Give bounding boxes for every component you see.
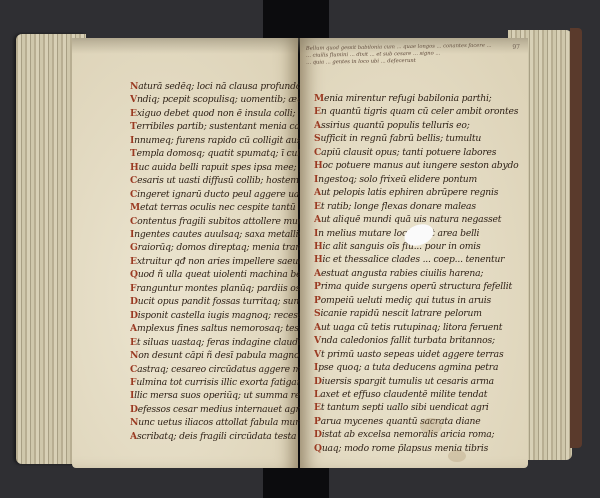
verse-line: En quantū tigris quam cū celer ambit oro… — [314, 105, 520, 118]
verse-text: t tantum septi uallo sibi uendicat agri — [321, 402, 489, 413]
rubricated-initial: V — [130, 94, 137, 105]
right-page-text: Menia mirentur refugi babilonia parthi;E… — [314, 92, 520, 455]
verse-line: Et tantum septi uallo sibi uendicat agri — [314, 401, 520, 414]
open-manuscript: Naturā sedēq; loci nā clausa profundoVnd… — [12, 24, 582, 476]
rubricated-initial: Q — [130, 269, 138, 280]
verse-text: ulmina tot currisis illic exorta fatigan… — [136, 377, 305, 388]
rubricated-initial: E — [130, 256, 137, 267]
verse-text: enia mirentur refugi babilonia parthi; — [324, 93, 492, 104]
left-page: Naturā sedēq; loci nā clausa profundoVnd… — [72, 38, 298, 468]
verse-text: t ratib; longe flexas donare maleas — [321, 201, 476, 212]
rubricated-initial: D — [314, 429, 322, 440]
verse-text: ssirius quantū populis telluris eo; — [321, 120, 470, 131]
verse-text: t primū uasto sepeas uidet aggere terras — [321, 349, 504, 360]
verse-text: unc uetus iliacos attollat fabula muros — [138, 417, 309, 428]
verse-text: ndiq; pcepit scopulisq; uomentib; æquor — [137, 94, 318, 105]
verse-text: ufficit in regnū fabrū bellis; tumultu — [320, 133, 481, 144]
verse-line: Sufficit in regnū fabrū bellis; tumultu — [314, 132, 520, 145]
rubricated-initial: E — [314, 106, 321, 117]
verse-line: Quaq; modo rome p̄lapsus menia tibris — [314, 442, 520, 455]
verse-line: Menia mirentur refugi babilonia parthi; — [314, 92, 520, 105]
rubricated-initial: N — [130, 81, 138, 92]
verse-line: Aut uaga cū tetis rutupinaq; litora feru… — [314, 321, 520, 334]
rubricated-initial: D — [130, 310, 138, 321]
verse-text: on desunt cāpi ñ desī pabula magno — [138, 350, 299, 361]
verse-line: Et ratib; longe flexas donare maleas — [314, 200, 520, 213]
rubricated-initial: P — [314, 281, 321, 292]
verse-text: apiū clausit opus; tanti potuere labores — [321, 147, 496, 158]
rubricated-initial: A — [314, 268, 321, 279]
rubricated-initial: G — [130, 242, 138, 253]
verse-line: Ipse quoq; a tuta deducens agmina petra — [314, 361, 520, 374]
rubricated-initial: E — [130, 108, 137, 119]
rubricated-initial: M — [314, 93, 324, 104]
verse-line: Vnda caledonios fallit turbata britannos… — [314, 334, 520, 347]
verse-text: ut aliquē mundi quā uis natura negasset — [321, 214, 501, 225]
verse-text: ranguntur montes planūq; pardiis ose — [136, 283, 305, 294]
verse-text: ingeret ignarū ducto peul aggere uallo — [137, 189, 310, 200]
verse-text: n quantū tigris quam cū celer ambit oron… — [321, 106, 518, 117]
verse-text: ic et thessalice clades ... coep... tene… — [322, 254, 504, 265]
rubricated-initial: A — [130, 323, 137, 334]
rubricated-initial: P — [314, 295, 321, 306]
verse-text: pse quoq; a tuta deducens agmina petra — [318, 362, 498, 373]
verse-text: ut pelopis latis ephiren abrūpere regnis — [321, 187, 498, 198]
rubricated-initial: V — [314, 335, 321, 346]
rubricated-initial: D — [130, 296, 138, 307]
verse-line: Distat ab excelsa nemoralis aricia roma; — [314, 428, 520, 441]
verse-text: ucit opus pandit fossas turritaq; summis — [138, 296, 318, 307]
rubricated-initial: A — [130, 431, 137, 442]
verse-line: Assirius quantū populis telluris eo; — [314, 119, 520, 132]
verse-text: efessos cesar medius internauet agros — [138, 404, 310, 415]
rubricated-initial: A — [314, 120, 321, 131]
rubricated-initial: V — [314, 349, 321, 360]
rubricated-initial: E — [314, 201, 321, 212]
leather-cover — [570, 28, 582, 448]
rubricated-initial: P — [314, 416, 321, 427]
verse-text: icanie rapidū nescit latrare pelorum — [320, 308, 481, 319]
verse-line: Parua mycenes quantū sacrata diane — [314, 415, 520, 428]
rubricated-initial: Q — [314, 443, 322, 454]
verse-line: Capiū clausit opus; tanti potuere labore… — [314, 146, 520, 159]
verse-line: Laxet et effuso claudentē milite tendat — [314, 388, 520, 401]
verse-text: isponit castella iugis magnoq; recessu — [138, 310, 308, 321]
verse-text: nnumeq; furens rapido cū colligit austro — [134, 135, 314, 146]
verse-text: llic mersa suos operiūq; ut summa receda… — [134, 390, 325, 401]
verse-line: Pompeiū ueluti mediç qui tutus in aruis — [314, 294, 520, 307]
verse-text: xiguo debet quod non ē insula colli; — [137, 108, 296, 119]
rubricated-initial: E — [130, 337, 137, 348]
verse-line: Hic et thessalice clades ... coep... ten… — [314, 253, 520, 266]
stain — [420, 418, 442, 434]
rubricated-initial: A — [314, 322, 321, 333]
verse-text: ngentes cautes auulsaq; saxa metallis — [134, 229, 303, 240]
verse-text: iuersis spargit tumulis ut cesaris arma — [322, 376, 494, 387]
verse-line: Hoc potuere manus aut iungere seston aby… — [314, 159, 520, 172]
verse-text: raiorūq; domos direptaq; menia transfert — [138, 242, 322, 253]
verse-text: uc auida belli rapuit spes ipsa mee; pon… — [138, 162, 322, 173]
rubricated-initial: T — [130, 121, 137, 132]
rubricated-initial: D — [314, 376, 322, 387]
verse-text: oc potuere manus aut iungere seston abyd… — [322, 160, 518, 171]
verse-text: estuat angusta rabies ciuilis harena; — [321, 268, 483, 279]
rubricated-initial: A — [314, 214, 321, 225]
verse-text: mplexus fines saltus nemorosaq; tesqua — [137, 323, 316, 334]
verse-text: erribiles partib; sustentant menia caute… — [137, 121, 319, 132]
verse-text: ompeiū ueluti mediç qui tutus in aruis — [321, 295, 491, 306]
rubricated-initial: T — [130, 148, 137, 159]
rubricated-initial: N — [130, 417, 138, 428]
verse-line: Aut pelopis latis ephiren abrūpere regni… — [314, 186, 520, 199]
verse-text: esaris ut uasti diffusū collib; hostem — [137, 175, 299, 186]
verse-text: etat terras oculis nec cespite tantū — [140, 202, 295, 213]
verse-text: xtruitur qđ non aries impellere saeuus — [137, 256, 309, 267]
verse-line: Vt primū uasto sepeas uidet aggere terra… — [314, 348, 520, 361]
verse-text: ngestoq; solo frixeū elidere pontum — [318, 174, 477, 185]
rubricated-initial: A — [314, 187, 321, 198]
stain — [448, 450, 466, 462]
verse-text: nda caledonios fallit turbata britannos; — [321, 335, 495, 346]
verse-text: t siluas uastaq; feras indagine claudit — [137, 337, 304, 348]
verse-text: aturā sedēq; loci nā clausa profundo — [138, 81, 301, 92]
verse-line: Ingestoq; solo frixeū elidere pontum — [314, 173, 520, 186]
verse-text: n melius mutare locū; coit area belli — [318, 228, 479, 239]
verse-text: ut uaga cū tetis rutupinaq; litora ferue… — [321, 322, 502, 333]
verse-text: axet et effuso claudentē milite tendat — [320, 389, 487, 400]
verse-text: ic alit sanguis oīs flu... pour in omis — [322, 241, 480, 252]
rubricated-initial: D — [130, 404, 138, 415]
rubricated-initial: E — [314, 402, 321, 413]
verse-line: Sicanie rapidū nescit latrare pelorum — [314, 307, 520, 320]
verse-text: rima quide surgens operū structura fefel… — [321, 281, 512, 292]
verse-line: Aestuat angusta rabies ciuilis harena; — [314, 267, 520, 280]
rubricated-initial: N — [130, 350, 138, 361]
verse-text: astraq; cesareo circūdatus aggere mutant — [137, 364, 325, 375]
verse-text: empla domosq; quatit spumatq; ī culmina — [137, 148, 323, 159]
page-top-shadow — [72, 38, 528, 54]
verse-line: Prima quide surgens operū structura fefe… — [314, 280, 520, 293]
verse-line: Diuersis spargit tumulis ut cesaris arma — [314, 375, 520, 388]
right-page: 97 Bellum quod gessit babilonia cum ... … — [300, 38, 528, 468]
rubricated-initial: M — [130, 202, 140, 213]
verse-text: scribatq; deis fragili circūdata testa — [137, 431, 296, 442]
verse-text: istat ab excelsa nemoralis aricia roma; — [322, 429, 495, 440]
verse-text: arua mycenes quantū sacrata diane — [321, 416, 481, 427]
verse-text: uod ñ ulla queat uiolenti machina belli — [138, 269, 310, 280]
verse-text: ontentus fragili subitos attollere muros — [137, 216, 312, 227]
